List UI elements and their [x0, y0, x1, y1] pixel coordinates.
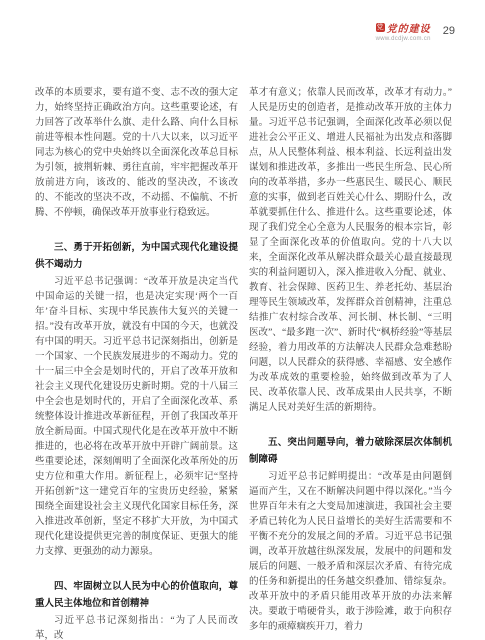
section-heading: 三、勇于开拓创新，为中国式现代化建设提供不竭动力	[35, 239, 238, 273]
journal-brand-text: 党的建设	[387, 20, 431, 35]
text-column-right: 革才有意义；依靠人民而改革，改革才有动力。”人民是历史的创造者，是推动改革开放的…	[249, 86, 452, 640]
section-heading: 五、突出问题导向，着力破除深层次体制机制障碍	[249, 434, 452, 468]
body-paragraph: 习近平总书记强调：“改革开放是决定当代中国命运的关键一招，也是决定实现‘两个一百…	[35, 275, 238, 560]
magazine-page: 党 党的建设 www.dcdjw.com.cn 29 改革的本质要求，要有道不变…	[0, 0, 485, 640]
text-column-left: 改革的本质要求，要有道不变、志不改的强大定力，始终坚持正确政治方向。这些重要论述…	[35, 86, 238, 640]
body-paragraph: 习近平总书记鲜明提出：“改革是由问题倒逼而产生，又在不断解决问题中得以深化。”当…	[249, 470, 452, 635]
body-paragraph: 革才有意义；依靠人民而改革，改革才有动力。”人民是历史的创造者，是推动改革开放的…	[249, 86, 452, 416]
body-paragraph: 习近平总书记深刻指出：“为了人民而改革，改	[35, 614, 238, 640]
journal-url: www.dcdjw.com.cn	[376, 36, 431, 42]
journal-seal-icon: 党	[376, 23, 385, 32]
journal-logo-line: 党 党的建设	[376, 20, 431, 35]
article-body: 改革的本质要求，要有道不变、志不改的强大定力，始终坚持正确政治方向。这些重要论述…	[35, 86, 452, 640]
journal-logo: 党 党的建设 www.dcdjw.com.cn	[376, 20, 431, 42]
section-heading: 四、牢固树立以人民为中心的价值取向，尊重人民主体地位和首创精神	[35, 578, 238, 612]
body-paragraph: 改革的本质要求，要有道不变、志不改的强大定力，始终坚持正确政治方向。这些重要论述…	[35, 86, 238, 221]
page-header: 党 党的建设 www.dcdjw.com.cn 29	[376, 20, 455, 42]
page-number: 29	[443, 25, 455, 37]
